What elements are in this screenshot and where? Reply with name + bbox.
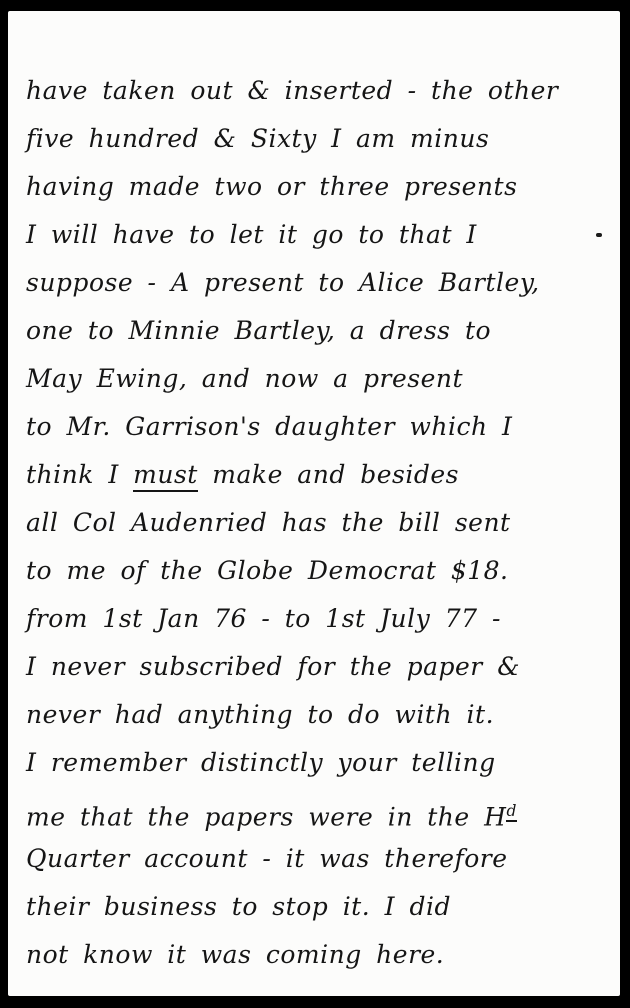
- handwriting-line: having made two or three presents: [8, 163, 620, 211]
- handwriting-line: have taken out & inserted - the other: [8, 67, 620, 115]
- letter-paper: have taken out & inserted - the other fi…: [8, 11, 620, 996]
- handwriting-line: all Col Audenried has the bill sent: [8, 499, 620, 547]
- handwriting-line: Quarter account - it was therefore: [8, 835, 620, 883]
- handwriting-line: think I must make and besides: [8, 451, 620, 499]
- underlined-word-must: must: [133, 460, 198, 492]
- handwriting-line: one to Minnie Bartley, a dress to: [8, 307, 620, 355]
- ink-speck: [596, 233, 602, 237]
- handwriting-line: May Ewing, and now a present: [8, 355, 620, 403]
- handwriting-line: not know it was coming here.: [8, 931, 620, 979]
- handwriting-line: to me of the Globe Democrat $18.: [8, 547, 620, 595]
- line-text: me that the papers were in the H: [26, 802, 506, 831]
- handwriting-line: I will have to let it go to that I: [8, 211, 620, 259]
- handwriting-line: me that the papers were in the Hd: [8, 787, 620, 835]
- handwriting-line: five hundred & Sixty I am minus: [8, 115, 620, 163]
- handwriting-line: to Mr. Garrison's daughter which I: [8, 403, 620, 451]
- scan-background: have taken out & inserted - the other fi…: [0, 0, 630, 1008]
- superscript-d: d: [506, 802, 516, 822]
- line-text: think I: [26, 460, 133, 489]
- handwriting-line: suppose - A present to Alice Bartley,: [8, 259, 620, 307]
- line-text: make and besides: [198, 460, 459, 489]
- handwriting-line: from 1st Jan 76 - to 1st July 77 -: [8, 595, 620, 643]
- handwriting-line: their business to stop it. I did: [8, 883, 620, 931]
- handwriting-line: never had anything to do with it.: [8, 691, 620, 739]
- handwriting-line: I never subscribed for the paper &: [8, 643, 620, 691]
- handwriting-line: I remember distinctly your telling: [8, 739, 620, 787]
